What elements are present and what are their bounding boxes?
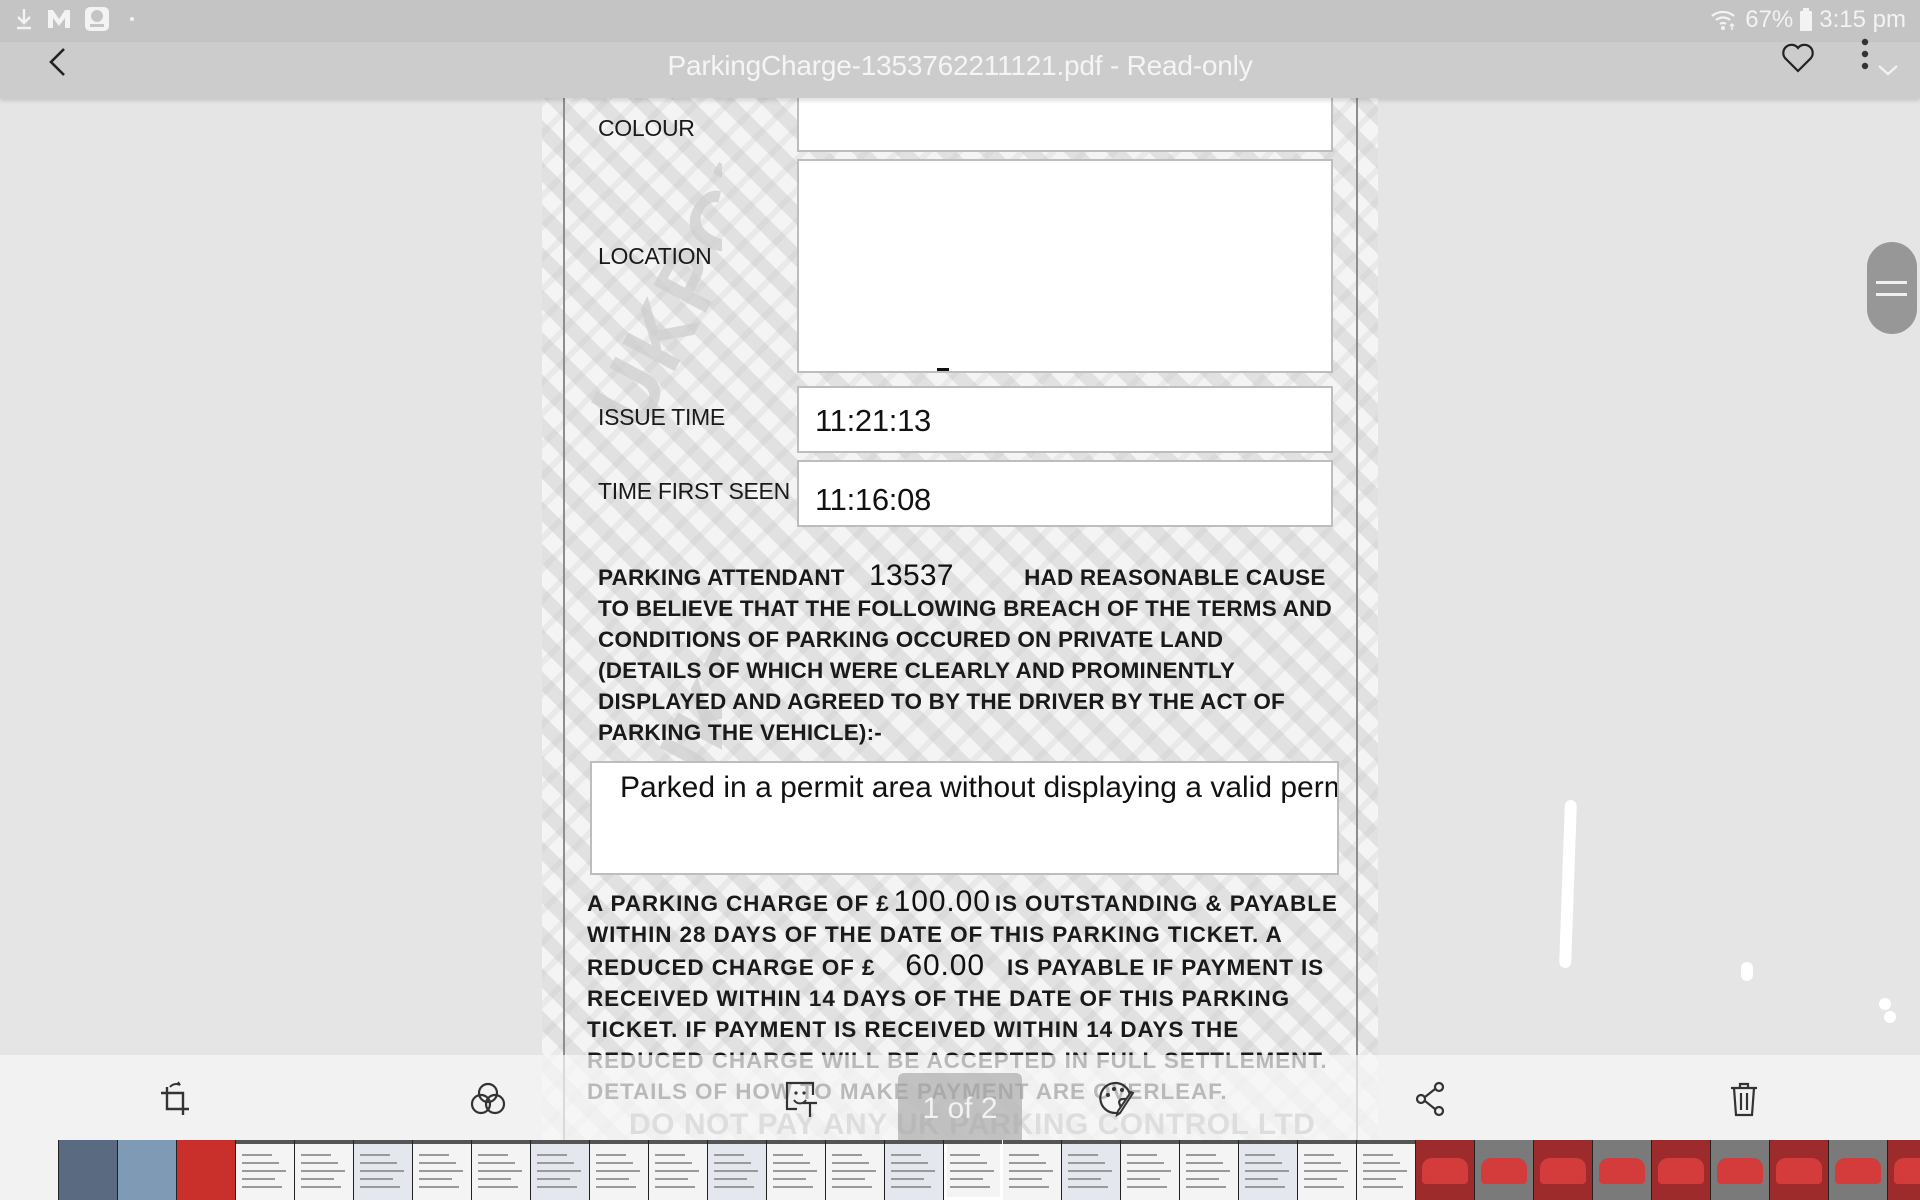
- app-plus-icon: [84, 6, 110, 32]
- thumbnail-item[interactable]: [1180, 1140, 1239, 1200]
- thumbnail-item[interactable]: [295, 1140, 354, 1200]
- trash-icon: [1729, 1081, 1759, 1117]
- share-icon: [1414, 1081, 1446, 1117]
- thumbnail-item[interactable]: [1121, 1140, 1180, 1200]
- thumbnail-item[interactable]: [0, 1140, 59, 1200]
- attendant-id: 13537: [869, 559, 953, 592]
- document-title: ParkingCharge-1353762211121.pdf - Read-o…: [0, 50, 1920, 82]
- fast-scroll-handle[interactable]: [1867, 242, 1917, 334]
- field-issue-time: 11:21:13: [797, 386, 1333, 453]
- thumbnail-item[interactable]: [1652, 1140, 1711, 1200]
- more-vertical-icon: [1860, 37, 1870, 71]
- attendant-paragraph: PARKING ATTENDANT 13537 HAD REASONABLE C…: [598, 560, 1358, 748]
- clock: 3:15 pm: [1819, 6, 1906, 34]
- battery-percent: 67%: [1745, 6, 1793, 34]
- thumbnail-item[interactable]: [59, 1140, 118, 1200]
- status-bar: 67% 3:15 pm: [0, 0, 1920, 42]
- field-colour: [797, 98, 1333, 152]
- field-time-first-seen: 11:16:08: [797, 460, 1333, 527]
- extract-text-button[interactable]: [774, 1071, 830, 1127]
- thumbnail-item[interactable]: [1298, 1140, 1357, 1200]
- thumbnail-item[interactable]: [1888, 1140, 1920, 1200]
- thumbnail-strip[interactable]: [0, 1140, 1920, 1200]
- field-label-location: LOCATION: [598, 243, 711, 270]
- thumbnail-item[interactable]: [236, 1140, 295, 1200]
- heart-icon: [1781, 43, 1815, 73]
- redaction-artifact: [937, 368, 949, 371]
- thumbnail-item[interactable]: [649, 1140, 708, 1200]
- thumbnail-item[interactable]: [1711, 1140, 1770, 1200]
- thumbnail-item[interactable]: [1475, 1140, 1534, 1200]
- thumbnail-item[interactable]: [531, 1140, 590, 1200]
- field-label-time-first-seen: TIME FIRST SEEN: [598, 478, 790, 505]
- thumbnail-item[interactable]: [1593, 1140, 1652, 1200]
- wifi-icon: [1709, 8, 1739, 32]
- thumbnail-item[interactable]: [708, 1140, 767, 1200]
- share-button[interactable]: [1402, 1071, 1458, 1127]
- app-bar: ParkingCharge-1353762211121.pdf - Read-o…: [0, 42, 1920, 98]
- delete-button[interactable]: [1716, 1071, 1772, 1127]
- draw-button[interactable]: [1088, 1071, 1144, 1127]
- text-extract-icon: [783, 1079, 821, 1119]
- palette-brush-icon: [1096, 1079, 1136, 1119]
- download-icon: [14, 7, 34, 31]
- filters-button[interactable]: [460, 1071, 516, 1127]
- thumbnail-item[interactable]: [177, 1140, 236, 1200]
- thumbnail-item[interactable]: [1239, 1140, 1298, 1200]
- breach-description-box: Parked in a permit area without displayi…: [590, 761, 1339, 875]
- thumbnail-item[interactable]: [1829, 1140, 1888, 1200]
- breach-description: Parked in a permit area without displayi…: [620, 771, 1339, 805]
- page-indicator: 1 of 2: [898, 1073, 1022, 1145]
- dot-icon: [130, 17, 134, 21]
- thumbnail-item[interactable]: [767, 1140, 826, 1200]
- thumbnail-item[interactable]: [1534, 1140, 1593, 1200]
- gmail-icon: [46, 8, 72, 30]
- ink-dot: [1884, 1011, 1896, 1023]
- field-label-issue-time: ISSUE TIME: [598, 404, 725, 431]
- thumbnail-item[interactable]: [944, 1140, 1003, 1200]
- thumbnail-item[interactable]: [1416, 1140, 1475, 1200]
- thumbnail-item[interactable]: [354, 1140, 413, 1200]
- battery-icon: [1799, 8, 1813, 32]
- thumbnail-item[interactable]: [826, 1140, 885, 1200]
- thumbnail-item[interactable]: [472, 1140, 531, 1200]
- thumbnail-item[interactable]: [1062, 1140, 1121, 1200]
- favorite-button[interactable]: [1776, 36, 1820, 80]
- thumbnail-item[interactable]: [1357, 1140, 1416, 1200]
- gallery-pdf-viewer: UKPCUKPCUKPC UKPCUKPCUKPC COLOUR LOCATIO…: [0, 0, 1920, 1200]
- filter-circles-icon: [470, 1082, 506, 1116]
- rotate-crop-button[interactable]: [147, 1071, 203, 1127]
- expand-button[interactable]: [1873, 58, 1903, 82]
- thumbnail-item[interactable]: [118, 1140, 177, 1200]
- thumbnail-item[interactable]: [590, 1140, 649, 1200]
- field-label-colour: COLOUR: [598, 115, 695, 142]
- crop-rotate-icon: [158, 1081, 192, 1117]
- thumbnail-item[interactable]: [1003, 1140, 1062, 1200]
- field-location: [797, 159, 1333, 373]
- ink-dot: [1879, 998, 1891, 1010]
- reduced-charge-amount: 60.00: [905, 949, 985, 982]
- thumbnail-item[interactable]: [885, 1140, 944, 1200]
- thumbnail-item[interactable]: [1770, 1140, 1829, 1200]
- pdf-page[interactable]: UKPCUKPCUKPC UKPCUKPCUKPC COLOUR LOCATIO…: [542, 98, 1378, 1200]
- ink-stroke: [1559, 800, 1577, 968]
- thumbnail-item[interactable]: [413, 1140, 472, 1200]
- full-charge-amount: 100.00: [894, 885, 991, 918]
- ink-dot: [1741, 962, 1753, 981]
- chevron-down-icon: [1877, 64, 1899, 76]
